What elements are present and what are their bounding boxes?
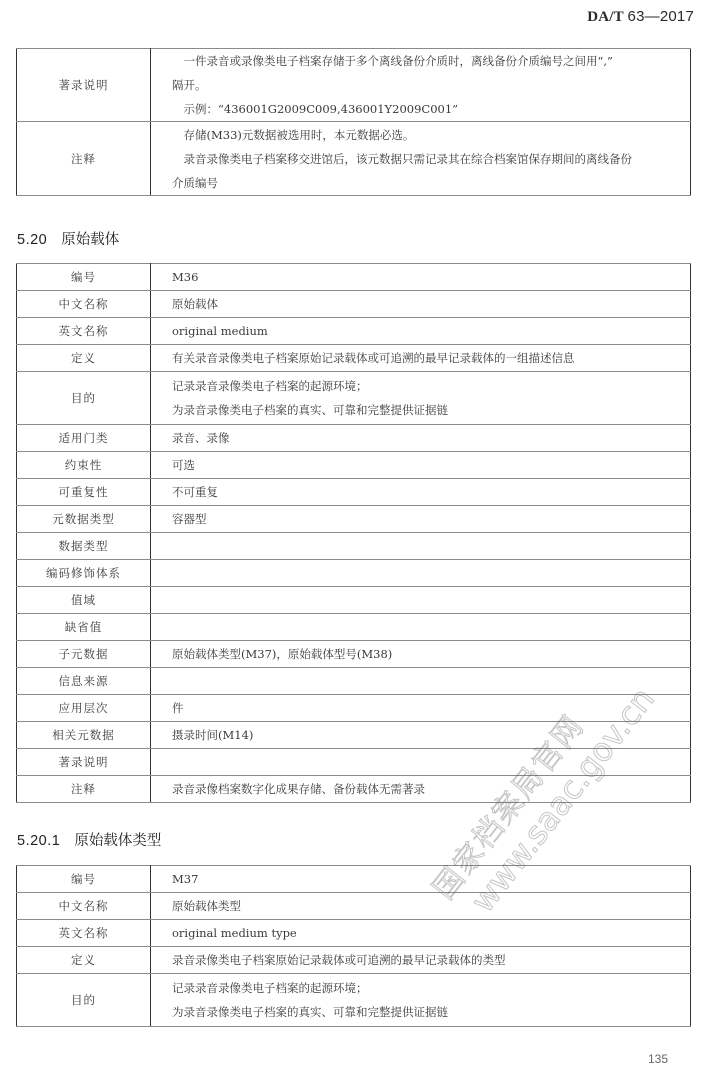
row-key: 注释 — [17, 122, 151, 196]
row-key: 约束性 — [17, 452, 151, 479]
row-value: M36 — [151, 264, 691, 291]
standard-number: 63—2017 — [628, 8, 694, 25]
row-value: 原始载体类型(M37)，原始载体型号(M38) — [151, 641, 691, 668]
row-value: 录音、录像 — [151, 425, 691, 452]
table-row: 信息来源 — [17, 668, 691, 695]
row-key: 适用门类 — [17, 425, 151, 452]
row-key: 英文名称 — [17, 318, 151, 345]
section-number: 5.20.1 — [17, 833, 60, 849]
table-row: 缺省值 — [17, 614, 691, 641]
row-value: 一件录音或录像类电子档案存储于多个离线备份介质时，离线备份介质编号之间用“,” … — [151, 49, 691, 122]
row-key: 信息来源 — [17, 668, 151, 695]
row-key: 中文名称 — [17, 291, 151, 318]
table-row: 中文名称原始载体类型 — [17, 893, 691, 920]
row-value: 不可重复 — [151, 479, 691, 506]
value-line: 一件录音或录像类电子档案存储于多个离线备份介质时，离线备份介质编号之间用“,” — [172, 49, 682, 73]
table-row: 定义有关录音录像类电子档案原始记录载体或可追溯的最早记录载体的一组描述信息 — [17, 345, 691, 372]
row-key: 目的 — [17, 974, 151, 1027]
value-line: 记录录音录像类电子档案的起源环境； — [172, 976, 682, 1000]
row-key: 定义 — [17, 345, 151, 372]
row-value: original medium type — [151, 920, 691, 947]
row-key: 相关元数据 — [17, 722, 151, 749]
row-value — [151, 587, 691, 614]
table-row: 适用门类录音、录像 — [17, 425, 691, 452]
table-row: 子元数据原始载体类型(M37)，原始载体型号(M38) — [17, 641, 691, 668]
table-row: 元数据类型容器型 — [17, 506, 691, 533]
table-row: 编码修饰体系 — [17, 560, 691, 587]
table-row: 英文名称original medium — [17, 318, 691, 345]
section-heading-5-20: 5.20原始载体 — [17, 228, 119, 249]
table-row: 注释 存储(M33)元数据被选用时，本元数据必选。 录音录像类电子档案移交进馆后… — [17, 122, 691, 196]
section-heading-5-20-1: 5.20.1原始载体类型 — [17, 829, 161, 850]
row-value — [151, 749, 691, 776]
table-row: 数据类型 — [17, 533, 691, 560]
row-value: 记录录音录像类电子档案的起源环境； 为录音录像类电子档案的真实、可靠和完整提供证… — [151, 372, 691, 425]
standard-prefix: DA/T — [587, 9, 623, 25]
table-row: 中文名称原始载体 — [17, 291, 691, 318]
row-key: 缺省值 — [17, 614, 151, 641]
row-value — [151, 560, 691, 587]
value-line: 介质编号 — [172, 171, 682, 195]
table-row: 目的 记录录音录像类电子档案的起源环境； 为录音录像类电子档案的真实、可靠和完整… — [17, 372, 691, 425]
table-row: 约束性可选 — [17, 452, 691, 479]
row-value: 可选 — [151, 452, 691, 479]
metadata-table-m37: 编号M37 中文名称原始载体类型 英文名称original medium typ… — [16, 865, 691, 1027]
row-key: 元数据类型 — [17, 506, 151, 533]
table-row: 编号M37 — [17, 866, 691, 893]
row-key: 可重复性 — [17, 479, 151, 506]
row-key: 著录说明 — [17, 749, 151, 776]
row-key: 目的 — [17, 372, 151, 425]
table-row: 著录说明 — [17, 749, 691, 776]
row-value: original medium — [151, 318, 691, 345]
value-line: 为录音录像类电子档案的真实、可靠和完整提供证据链 — [172, 1000, 682, 1024]
table-row: 目的 记录录音录像类电子档案的起源环境； 为录音录像类电子档案的真实、可靠和完整… — [17, 974, 691, 1027]
table-row: 著录说明 一件录音或录像类电子档案存储于多个离线备份介质时，离线备份介质编号之间… — [17, 49, 691, 122]
standard-code: DA/T 63—2017 — [587, 8, 694, 26]
row-key: 定义 — [17, 947, 151, 974]
metadata-table-m36: 编号M36 中文名称原始载体 英文名称original medium 定义有关录… — [16, 263, 691, 803]
table-row: 编号M36 — [17, 264, 691, 291]
table-row: 注释录音录像档案数字化成果存储、备份载体无需著录 — [17, 776, 691, 803]
table-row: 英文名称original medium type — [17, 920, 691, 947]
row-value: 记录录音录像类电子档案的起源环境； 为录音录像类电子档案的真实、可靠和完整提供证… — [151, 974, 691, 1027]
value-line: 存储(M33)元数据被选用时，本元数据必选。 — [172, 123, 682, 147]
value-line: 记录录音录像类电子档案的起源环境； — [172, 374, 682, 398]
row-value: 摄录时间(M14) — [151, 722, 691, 749]
row-value: M37 — [151, 866, 691, 893]
table-row: 值域 — [17, 587, 691, 614]
value-line: 隔开。 — [172, 73, 682, 97]
table-row: 定义录音录像类电子档案原始记录载体或可追溯的最早记录载体的类型 — [17, 947, 691, 974]
row-value: 有关录音录像类电子档案原始记录载体或可追溯的最早记录载体的一组描述信息 — [151, 345, 691, 372]
row-key: 值域 — [17, 587, 151, 614]
row-key: 应用层次 — [17, 695, 151, 722]
row-value: 原始载体类型 — [151, 893, 691, 920]
row-key: 中文名称 — [17, 893, 151, 920]
row-value: 存储(M33)元数据被选用时，本元数据必选。 录音录像类电子档案移交进馆后，该元… — [151, 122, 691, 196]
row-key: 子元数据 — [17, 641, 151, 668]
section-title: 原始载体 — [61, 232, 119, 248]
value-line: 录音录像类电子档案移交进馆后，该元数据只需记录其在综合档案馆保存期间的离线备份 — [172, 147, 682, 171]
row-key: 数据类型 — [17, 533, 151, 560]
row-value: 容器型 — [151, 506, 691, 533]
row-value: 件 — [151, 695, 691, 722]
row-key: 注释 — [17, 776, 151, 803]
section-title: 原始载体类型 — [74, 833, 161, 849]
table-row: 应用层次件 — [17, 695, 691, 722]
row-value — [151, 668, 691, 695]
section-number: 5.20 — [17, 232, 47, 248]
row-value: 录音录像档案数字化成果存储、备份载体无需著录 — [151, 776, 691, 803]
row-key: 编码修饰体系 — [17, 560, 151, 587]
row-key: 编号 — [17, 866, 151, 893]
row-value — [151, 533, 691, 560]
value-line: 为录音录像类电子档案的真实、可靠和完整提供证据链 — [172, 398, 682, 422]
row-key: 著录说明 — [17, 49, 151, 122]
row-value: 录音录像类电子档案原始记录载体或可追溯的最早记录载体的类型 — [151, 947, 691, 974]
metadata-table-continued: 著录说明 一件录音或录像类电子档案存储于多个离线备份介质时，离线备份介质编号之间… — [16, 48, 691, 196]
value-line: 示例：“436001G2009C009,436001Y2009C001” — [172, 97, 682, 121]
row-key: 英文名称 — [17, 920, 151, 947]
table-row: 可重复性不可重复 — [17, 479, 691, 506]
row-key: 编号 — [17, 264, 151, 291]
row-value: 原始载体 — [151, 291, 691, 318]
row-value — [151, 614, 691, 641]
table-row: 相关元数据摄录时间(M14) — [17, 722, 691, 749]
page-number: 135 — [648, 1052, 668, 1066]
